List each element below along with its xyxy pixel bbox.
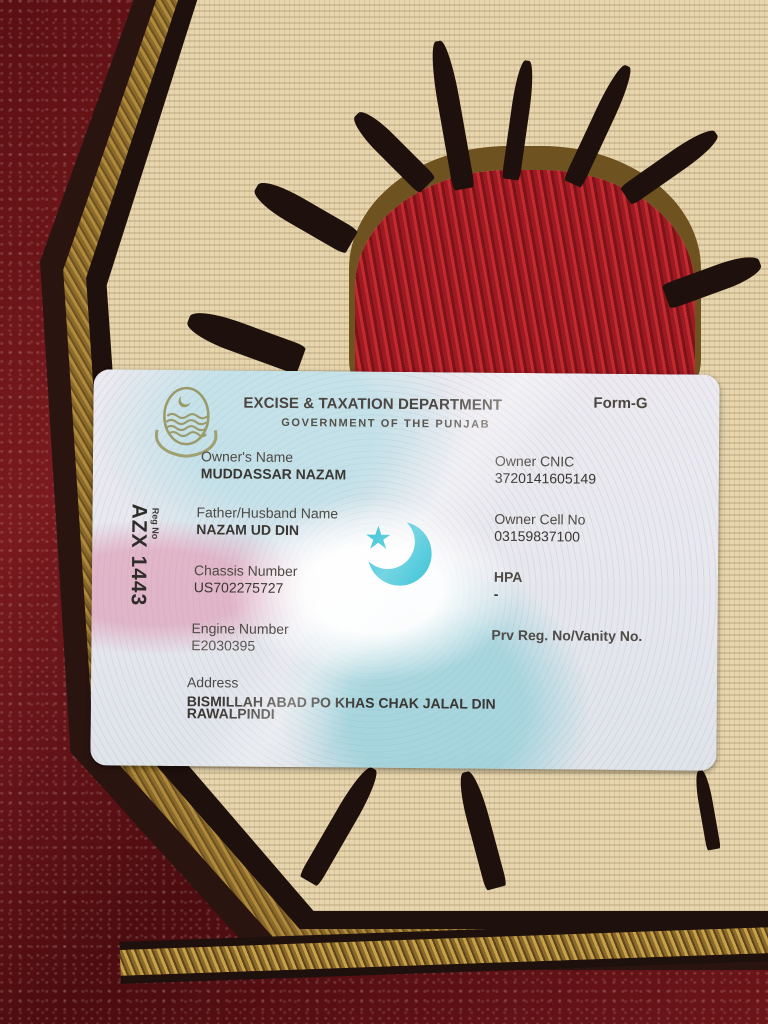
chassis-number-label: Chassis Number [194,562,298,580]
father-name-field: Father/Husband Name NAZAM UD DIN [196,504,338,539]
hpa-field: HPA - [494,569,523,603]
owner-cell-field: Owner Cell No 03159837100 [494,511,585,546]
form-label: Form-G [593,395,647,412]
owner-cell-label: Owner Cell No [494,511,585,529]
prv-reg-field: Prv Reg. No/Vanity No. [491,627,642,645]
government-subtitle: GOVERNMENT OF THE PUNJAB [281,417,490,431]
registration-number-block: Reg No AZX 1443 [108,497,165,617]
hpa-value: - [494,586,523,603]
prv-reg-label: Prv Reg. No/Vanity No. [491,627,642,645]
hpa-label: HPA [494,569,523,586]
registration-number: AZX 1443 [126,504,151,624]
chassis-number-value: US702275727 [194,579,298,597]
chassis-number-field: Chassis Number US702275727 [194,562,298,597]
engine-number-value: E2030395 [191,637,288,655]
father-name-label: Father/Husband Name [196,504,338,522]
owner-name-label: Owner's Name [201,448,347,466]
owner-cnic-field: Owner CNIC 3720141605149 [495,453,597,488]
owner-cnic-label: Owner CNIC [495,453,596,471]
punjab-government-emblem-icon [151,382,222,459]
engine-number-label: Engine Number [191,620,288,638]
owner-cnic-value: 3720141605149 [495,470,596,488]
owner-name-field: Owner's Name MUDDASSAR NAZAM [201,448,347,483]
registration-label: Reg No [150,504,161,624]
owner-cell-value: 03159837100 [494,528,585,546]
department-title: EXCISE & TAXATION DEPARTMENT [243,395,502,414]
engine-number-field: Engine Number E2030395 [191,620,289,655]
vehicle-registration-card: EXCISE & TAXATION DEPARTMENT Form-G GOVE… [90,369,719,770]
address-label: Address [187,674,496,694]
owner-name-value: MUDDASSAR NAZAM [201,465,347,483]
address-field: Address BISMILLAH ABAD PO KHAS CHAK JALA… [187,674,496,722]
crescent-star-icon [354,512,435,593]
father-name-value: NAZAM UD DIN [196,521,338,539]
